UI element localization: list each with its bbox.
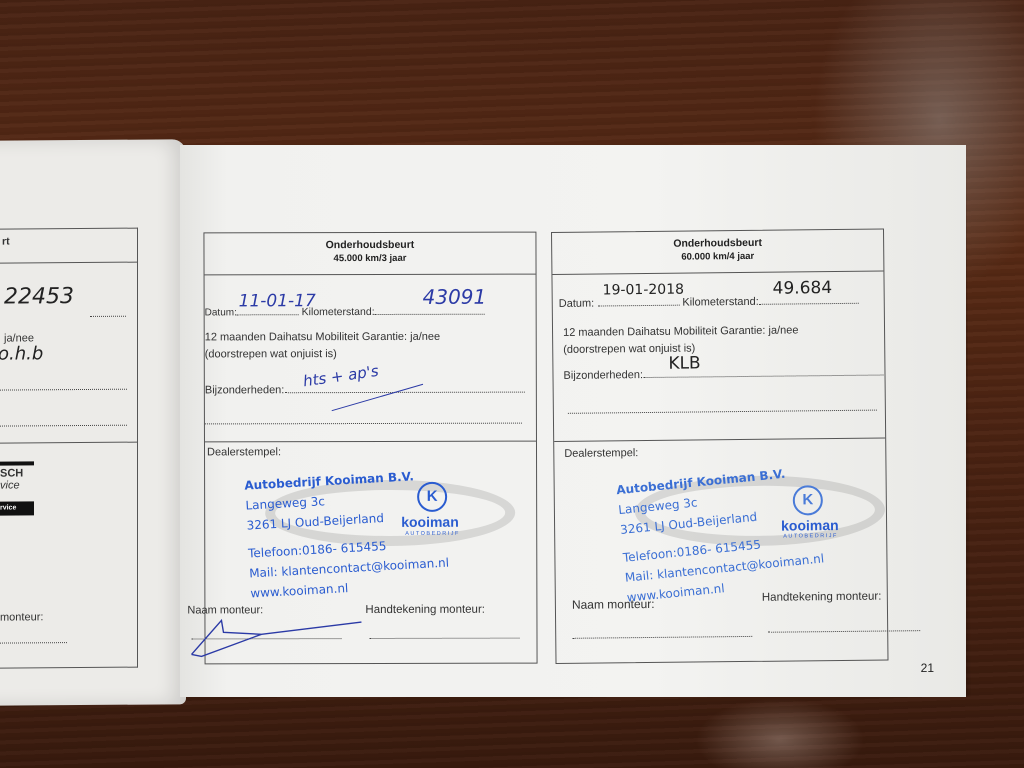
km-label: Kilometerstand:	[682, 296, 759, 309]
garantie-text: 12 maanden Daihatsu Mobiliteit Garantie:…	[563, 324, 876, 339]
dealer-stamp-area: Dealerstempel: Autobedrijf Kooiman B.V. …	[554, 439, 887, 666]
km-handwritten: 49.684	[773, 278, 833, 299]
left-service-card: rt 22453 ja/nee o.h.b SCH vice rvice mon…	[0, 228, 138, 669]
left-notes-handwritten: o.h.b	[0, 343, 43, 364]
service-card-45000: Onderhoudsbeurt 45.000 km/3 jaar Datum: …	[203, 232, 537, 665]
kooiman-logo-subtitle: AUTOBEDRIJF	[783, 533, 838, 540]
handtekening-label: Handtekening monteur:	[365, 604, 485, 616]
kooiman-logo-subtitle: AUTOBEDRIJF	[405, 531, 460, 537]
datum-handwritten: 19-01-2018	[603, 282, 685, 299]
bosch-service-logo: SCH vice rvice	[0, 461, 34, 515]
service-card-60000: Onderhoudsbeurt 60.000 km/4 jaar Datum: …	[551, 229, 889, 664]
kooiman-logo-icon: K	[793, 485, 823, 515]
datum-handwritten: 11-01-17	[239, 291, 316, 311]
card-fields: Datum: Kilometerstand: 19-01-2018 49.684…	[552, 272, 885, 442]
card-fields: Datum: Kilometerstand: 11-01-17 43091 12…	[205, 275, 536, 443]
dealerstempel-label: Dealerstempel:	[564, 447, 638, 460]
garantie-note: (doorstrepen wat onjuist is)	[563, 341, 876, 356]
datum-label: Datum:	[205, 307, 237, 318]
handtekening-label: Handtekening monteur:	[762, 591, 882, 604]
left-page: rt 22453 ja/nee o.h.b SCH vice rvice mon…	[0, 139, 186, 705]
bijzonderheden-handwritten: KLB	[668, 353, 701, 373]
card-header: Onderhoudsbeurt 60.000 km/4 jaar	[552, 230, 883, 275]
dealer-stamp-area: Dealerstempel: Autobedrijf Kooiman B.V. …	[205, 442, 537, 667]
page-number: 21	[921, 661, 934, 675]
datum-label: Datum:	[559, 298, 595, 310]
garantie-note: (doorstrepen wat onjuist is)	[205, 348, 528, 361]
naam-monteur-label: Naam monteur:	[572, 597, 655, 612]
left-monteur-label: monteur:	[0, 611, 43, 623]
kooiman-logo-icon: K	[417, 482, 447, 512]
mechanic-signature	[181, 610, 381, 661]
left-card-header: rt	[2, 236, 10, 248]
km-handwritten: 43091	[423, 285, 487, 309]
garantie-text: 12 maanden Daihatsu Mobiliteit Garantie:…	[205, 331, 528, 344]
bijzonderheden-label: Bijzonderheden:	[205, 384, 285, 396]
card-header: Onderhoudsbeurt 45.000 km/3 jaar	[204, 233, 535, 276]
kooiman-logo-text: kooiman	[401, 514, 459, 530]
kooiman-logo-text: kooiman	[781, 517, 839, 534]
left-km-handwritten: 22453	[4, 284, 74, 309]
bijzonderheden-label: Bijzonderheden:	[563, 369, 643, 382]
dealerstempel-label: Dealerstempel:	[207, 446, 281, 458]
